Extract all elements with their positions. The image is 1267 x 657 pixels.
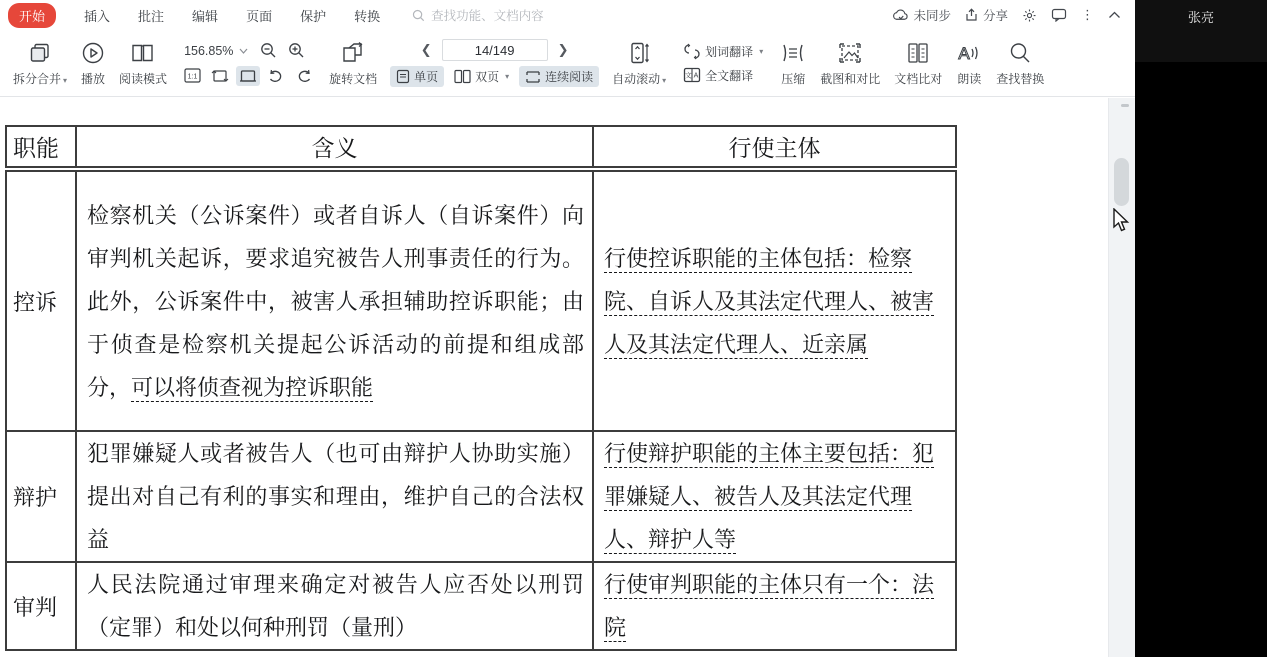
- continuous-read-icon: [525, 70, 541, 84]
- search-placeholder: 查找功能、文档内容: [431, 6, 544, 24]
- translate-group: 划词翻译 ▾ 文A 全文翻译: [679, 42, 767, 85]
- auto-scroll-icon: [627, 40, 651, 66]
- menu-tab-page[interactable]: 页面: [246, 6, 272, 25]
- functions-table: 职能 含义 行使主体 控诉 检察机关（公诉案件）或者自诉人（自诉案件）向审判机关…: [5, 125, 957, 651]
- fit-page-button[interactable]: [208, 66, 232, 86]
- full-translate-label: 全文翻译: [705, 67, 753, 84]
- mouse-cursor: [1110, 208, 1132, 234]
- double-page-button[interactable]: 双页 ▾: [448, 66, 515, 87]
- header-function: 职能: [6, 126, 76, 169]
- comment-bubble-icon[interactable]: [1051, 8, 1067, 22]
- chevron-down-icon: ▾: [505, 72, 509, 81]
- rotate-left-button[interactable]: [264, 66, 288, 86]
- menu-tab-home[interactable]: 开始: [8, 3, 56, 28]
- svg-text:1:1: 1:1: [187, 74, 197, 81]
- screenshot-compare-icon: [837, 40, 863, 66]
- search-box[interactable]: 查找功能、文档内容: [412, 6, 544, 24]
- participant-name: 张亮: [1135, 7, 1267, 26]
- row-meaning-cell: 检察机关（公诉案件）或者自诉人（自诉案件）向审判机关起诉，要求追究被告人刑事责任…: [76, 169, 593, 431]
- chevron-down-icon: ▾: [759, 47, 763, 56]
- compress-label: 压缩: [781, 70, 805, 87]
- rotate-document-icon: [340, 40, 366, 66]
- continuous-read-label: 连续阅读: [545, 68, 593, 85]
- doc-compare-button[interactable]: 文档比对: [887, 38, 949, 89]
- split-merge-label: 拆分合并: [13, 72, 61, 86]
- menu-tab-convert[interactable]: 转换: [354, 6, 380, 25]
- word-translate-label: 划词翻译: [705, 43, 753, 60]
- find-replace-icon: [1008, 40, 1032, 66]
- doc-compare-label: 文档比对: [894, 70, 942, 87]
- row-subject-cell: 行使辩护职能的主体主要包括：犯罪嫌疑人、被告人及其法定代理人、辩护人等: [593, 431, 956, 562]
- compress-button[interactable]: 压缩: [773, 38, 813, 89]
- single-page-label: 单页: [414, 68, 438, 85]
- more-options-icon[interactable]: ⋮: [1081, 7, 1094, 23]
- collapse-toolbar-icon[interactable]: [1108, 11, 1121, 19]
- rotate-document-label: 旋转文档: [329, 70, 377, 87]
- row-meaning-cell: 犯罪嫌疑人或者被告人（也可由辩护人协助实施）提出对自己有利的事实和理由，维护自己…: [76, 431, 593, 562]
- rotate-document-button[interactable]: 旋转文档: [322, 38, 384, 89]
- table-row: 审判 人民法院通过审理来确定对被告人应否处以刑罚（定罪）和处以何种刑罚（量刑） …: [6, 562, 956, 650]
- chevron-down-icon: ▾: [662, 76, 666, 85]
- single-page-icon: [396, 69, 410, 84]
- meaning-text: 人民法院通过审理来确定对被告人应否处以刑罚（定罪）和处以何种刑罚（量刑）: [87, 572, 584, 640]
- prev-page-button[interactable]: ❮: [415, 42, 438, 58]
- full-translate-button[interactable]: 文A 全文翻译: [679, 66, 757, 85]
- open-book-icon: [130, 40, 156, 66]
- read-aloud-icon: A: [956, 40, 982, 66]
- continuous-read-button[interactable]: 连续阅读: [519, 66, 599, 87]
- svg-text:A: A: [959, 44, 971, 63]
- fit-width-button[interactable]: [236, 66, 260, 86]
- word-translate-icon: [683, 43, 701, 60]
- rotate-right-button[interactable]: [292, 66, 316, 86]
- screenshot-compare-button[interactable]: 截图和对比: [813, 38, 887, 89]
- double-page-label: 双页: [475, 68, 499, 85]
- find-replace-button[interactable]: 查找替换: [989, 38, 1051, 89]
- search-icon: [412, 9, 425, 22]
- zoom-group: 156.85% 1:1: [180, 41, 316, 86]
- auto-scroll-label: 自动滚动: [612, 72, 660, 86]
- svg-text:A: A: [694, 73, 699, 80]
- zoom-in-button[interactable]: [284, 41, 308, 61]
- row-function-label: 审判: [6, 562, 76, 650]
- svg-text:文: 文: [685, 71, 692, 80]
- menu-right-controls: 未同步 分享 ⋮: [892, 6, 1135, 24]
- header-subject: 行使主体: [593, 126, 956, 169]
- chevron-down-icon: ▾: [63, 76, 67, 85]
- table-header-row: 职能 含义 行使主体: [6, 126, 956, 169]
- read-mode-button[interactable]: 阅读模式: [112, 38, 174, 89]
- page-nav-group: ❮ ❯ 单页 双页 ▾ 连续阅读: [390, 39, 599, 87]
- cloud-sync-icon: [892, 8, 909, 22]
- share-label: 分享: [983, 6, 1008, 24]
- document-page[interactable]: 职能 含义 行使主体 控诉 检察机关（公诉案件）或者自诉人（自诉案件）向审判机关…: [0, 98, 1108, 657]
- chevron-down-icon: [239, 48, 248, 54]
- single-page-button[interactable]: 单页: [390, 66, 444, 87]
- meaning-emphasis-text: 可以将侦查视为控诉职能: [131, 375, 373, 400]
- play-button[interactable]: 播放: [74, 38, 112, 89]
- menu-tab-comment[interactable]: 批注: [138, 6, 164, 25]
- header-meaning: 含义: [76, 126, 593, 169]
- split-merge-icon: [28, 40, 52, 66]
- row-subject-cell: 行使审判职能的主体只有一个：法院: [593, 562, 956, 650]
- split-merge-button[interactable]: 拆分合并▾: [6, 38, 74, 89]
- app-window: 开始 插入 批注 编辑 页面 保护 转换 查找功能、文档内容 未同步: [0, 0, 1267, 657]
- subject-text: 行使审判职能的主体只有一个：法院: [604, 572, 934, 640]
- meaning-text: 检察机关（公诉案件）或者自诉人（自诉案件）向审判机关起诉，要求追究被告人刑事责任…: [87, 203, 584, 400]
- read-aloud-button[interactable]: A 朗读: [949, 38, 989, 89]
- row-function-label: 控诉: [6, 169, 76, 431]
- scrollbar-top-tick: [1121, 104, 1129, 107]
- read-aloud-label: 朗读: [957, 70, 981, 87]
- double-page-icon: [454, 69, 471, 84]
- row-meaning-cell: 人民法院通过审理来确定对被告人应否处以刑罚（定罪）和处以何种刑罚（量刑）: [76, 562, 593, 650]
- zoom-level-dropdown[interactable]: 156.85%: [180, 43, 252, 59]
- settings-gear-icon[interactable]: [1022, 8, 1037, 23]
- meaning-text: 犯罪嫌疑人或者被告人（也可由辩护人协助实施）提出对自己有利的事实和理由，维护自己…: [87, 441, 584, 552]
- share-icon: [965, 8, 979, 22]
- toolbar: 拆分合并▾ 播放 阅读模式 156.85%: [0, 30, 1135, 97]
- actual-size-button[interactable]: 1:1: [180, 66, 204, 86]
- auto-scroll-button[interactable]: 自动滚动▾: [605, 38, 673, 89]
- find-replace-label: 查找替换: [996, 70, 1044, 87]
- menu-tab-protect[interactable]: 保护: [300, 6, 326, 25]
- play-icon: [81, 40, 105, 66]
- word-translate-button[interactable]: 划词翻译 ▾: [679, 42, 767, 61]
- vertical-scrollbar[interactable]: [1108, 98, 1135, 657]
- menu-tab-insert[interactable]: 插入: [84, 6, 110, 25]
- screenshot-compare-label: 截图和对比: [820, 70, 880, 87]
- next-page-button[interactable]: ❯: [552, 42, 575, 58]
- play-label: 播放: [81, 70, 105, 87]
- side-video-panel: 张亮: [1135, 0, 1267, 657]
- sync-status[interactable]: 未同步: [892, 6, 951, 24]
- table-row: 控诉 检察机关（公诉案件）或者自诉人（自诉案件）向审判机关起诉，要求追究被告人刑…: [6, 169, 956, 431]
- scrollbar-thumb[interactable]: [1114, 158, 1129, 206]
- read-mode-label: 阅读模式: [119, 70, 167, 87]
- page-number-input[interactable]: [442, 39, 548, 61]
- subject-text: 行使辩护职能的主体主要包括：犯罪嫌疑人、被告人及其法定代理人、辩护人等: [604, 441, 934, 552]
- row-subject-cell: 行使控诉职能的主体包括：检察院、自诉人及其法定代理人、被害人及其法定代理人、近亲…: [593, 169, 956, 431]
- zoom-level-value: 156.85%: [184, 44, 233, 58]
- menu-tab-edit[interactable]: 编辑: [192, 6, 218, 25]
- menu-bar: 开始 插入 批注 编辑 页面 保护 转换 查找功能、文档内容 未同步: [0, 0, 1135, 30]
- compress-icon: [780, 40, 806, 66]
- sync-label: 未同步: [913, 6, 951, 24]
- full-translate-icon: 文A: [683, 67, 701, 83]
- zoom-out-button[interactable]: [256, 41, 280, 61]
- doc-compare-icon: [905, 40, 931, 66]
- subject-text: 行使控诉职能的主体包括：检察院、自诉人及其法定代理人、被害人及其法定代理人、近亲…: [604, 246, 934, 357]
- menu-tabs: 开始 插入 批注 编辑 页面 保护 转换: [0, 3, 380, 28]
- row-function-label: 辩护: [6, 431, 76, 562]
- table-row: 辩护 犯罪嫌疑人或者被告人（也可由辩护人协助实施）提出对自己有利的事实和理由，维…: [6, 431, 956, 562]
- share-button[interactable]: 分享: [965, 6, 1008, 24]
